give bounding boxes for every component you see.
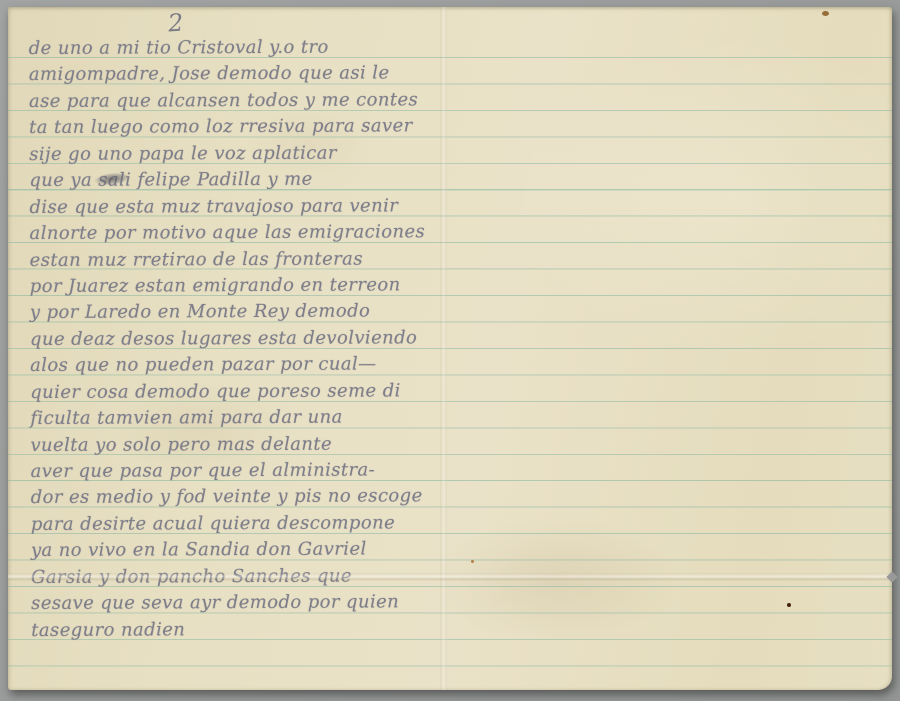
handwritten-line: ya no vivo en la Sandia don Gavriel (31, 536, 481, 564)
paper-speck (787, 603, 791, 607)
handwritten-line: amigompadre, Jose demodo que asi le (29, 60, 479, 88)
handwriting-block: de uno a mi tio Cristoval y.o troamigomp… (29, 34, 482, 644)
scan-background: 2 de uno a mi tio Cristoval y.o troamigo… (0, 0, 900, 701)
handwritten-line: para desirte acual quiera descompone (31, 510, 481, 538)
handwritten-line: ta tan luego como loz rresiva para saver (29, 113, 479, 141)
handwritten-line: ase para que alcansen todos y me contes (29, 87, 479, 115)
page-number: 2 (167, 9, 184, 38)
handwritten-line: por Juarez estan emigrando en terreon (30, 272, 480, 300)
paper-speck (822, 11, 829, 16)
horizontal-fold-crease (8, 573, 892, 581)
handwritten-line: sesave que seva ayr demodo por quien (31, 589, 481, 617)
handwritten-line: taseguro nadien (31, 616, 481, 644)
handwritten-line: alnorte por motivo aque las emigraciones (29, 219, 479, 247)
handwritten-line: quier cosa demodo que poreso seme di (30, 378, 480, 406)
handwritten-line: alos que no pueden pazar por cual— (30, 351, 480, 379)
paper-speck (471, 560, 474, 563)
vertical-fold-crease (440, 7, 447, 690)
letter-page: 2 de uno a mi tio Cristoval y.o troamigo… (8, 7, 892, 690)
handwritten-line: de uno a mi tio Cristoval y.o tro (29, 34, 479, 62)
handwritten-line: dise que esta muz travajoso para venir (29, 193, 479, 221)
handwritten-line: estan muz rretirao de las fronteras (30, 246, 480, 274)
handwritten-line: vuelta yo solo pero mas delante (30, 431, 480, 459)
handwritten-line: ficulta tamvien ami para dar una (30, 404, 480, 432)
handwritten-line: y por Laredo en Monte Rey demodo (30, 298, 480, 326)
handwritten-line: dor es medio y fod veinte y pis no escog… (31, 483, 481, 511)
handwritten-line: sije go uno papa le voz aplaticar (29, 140, 479, 168)
handwritten-line: aver que pasa por que el alministra- (31, 457, 481, 485)
handwritten-line: que deaz desos lugares esta devolviendo (30, 325, 480, 353)
